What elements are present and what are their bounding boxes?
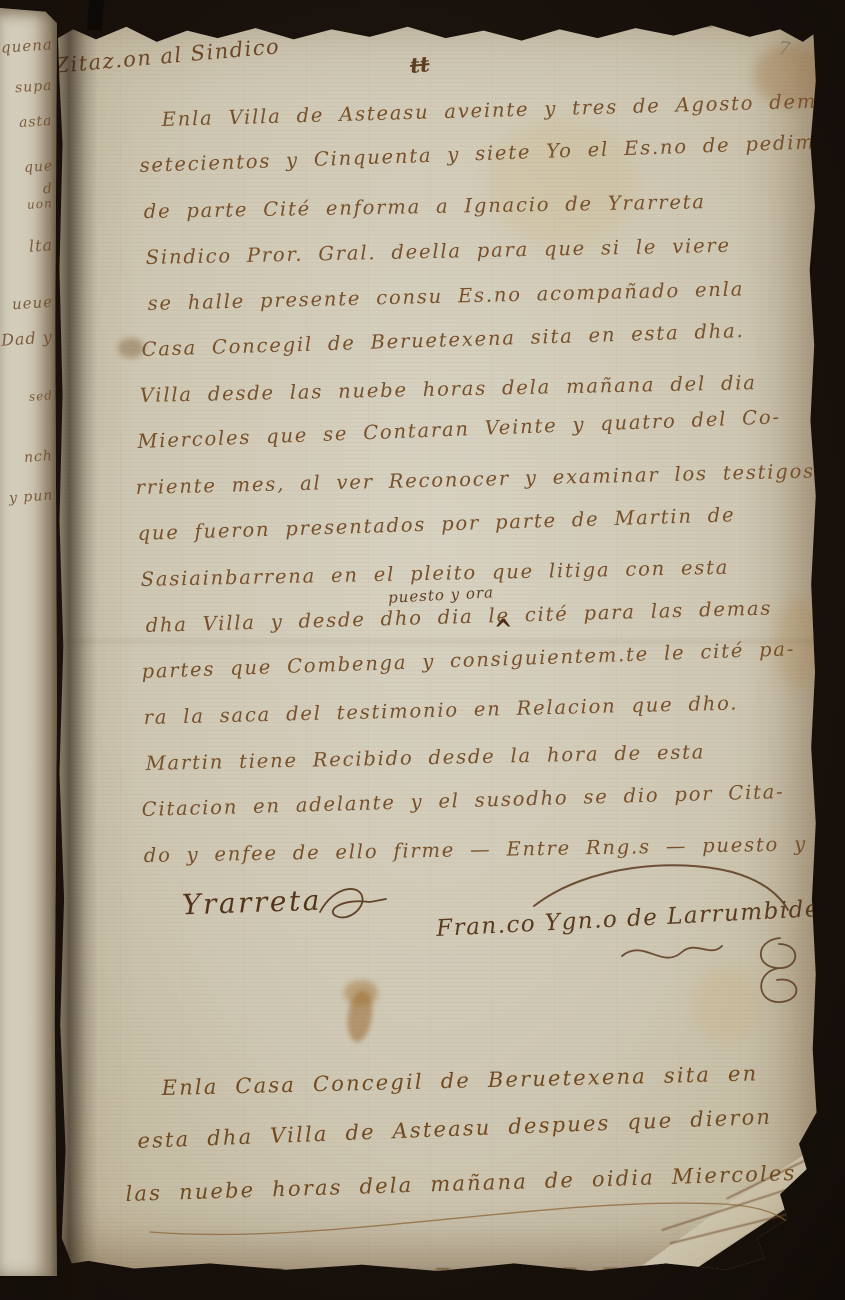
notary-tt-mark: tt bbox=[409, 51, 431, 78]
facing-page-edge: quena supa asta que d uon lta ueue Dad y… bbox=[0, 8, 57, 1276]
margin-text-fragment: lta bbox=[28, 235, 53, 256]
margin-text-fragment: supa bbox=[15, 78, 54, 97]
torn-top-edge bbox=[58, 18, 818, 44]
entry-paragraph-session: Enla Casa Concegil de Beruetexena sita e… bbox=[126, 1076, 826, 1235]
paraph-rubric-icon bbox=[746, 930, 812, 1014]
manuscript-page: Zitaz.on al Sindico tt 7 Enla Villa de A… bbox=[58, 18, 818, 1276]
margin-text-fragment: que bbox=[23, 158, 53, 176]
manuscript-scan: quena supa asta que d uon lta ueue Dad y… bbox=[0, 0, 845, 1300]
signature-rubric-icon bbox=[616, 936, 728, 974]
torn-edge-notch bbox=[87, 0, 104, 30]
margin-text-fragment: y pun bbox=[8, 487, 53, 506]
stain bbox=[344, 980, 378, 1006]
signature-larrumbide: Fran.co Ygn.o de Larrumbide bbox=[436, 896, 821, 942]
margin-text-fragment: quena bbox=[1, 35, 54, 57]
stain bbox=[344, 989, 375, 1044]
signature-yrarreta: Yrarreta bbox=[181, 884, 322, 922]
header-annotation: Zitaz.on al Sindico bbox=[53, 34, 281, 78]
margin-text-fragment: d bbox=[42, 181, 53, 198]
insertion-caret-mark: ^ bbox=[494, 614, 512, 648]
margin-text-fragment: Dad y bbox=[1, 327, 54, 350]
margin-text-fragment: sed bbox=[29, 388, 54, 404]
margin-text-fragment: ueue bbox=[11, 293, 53, 314]
margin-text-fragment: nch bbox=[24, 448, 54, 466]
margin-text-fragment: asta bbox=[19, 113, 54, 131]
margin-text-fragment: uon bbox=[27, 196, 54, 212]
folio-number: 7 bbox=[776, 37, 791, 60]
entry-paragraph-citation: Enla Villa de Asteasu aveinte y tres de … bbox=[136, 108, 816, 890]
stain bbox=[694, 968, 758, 1042]
